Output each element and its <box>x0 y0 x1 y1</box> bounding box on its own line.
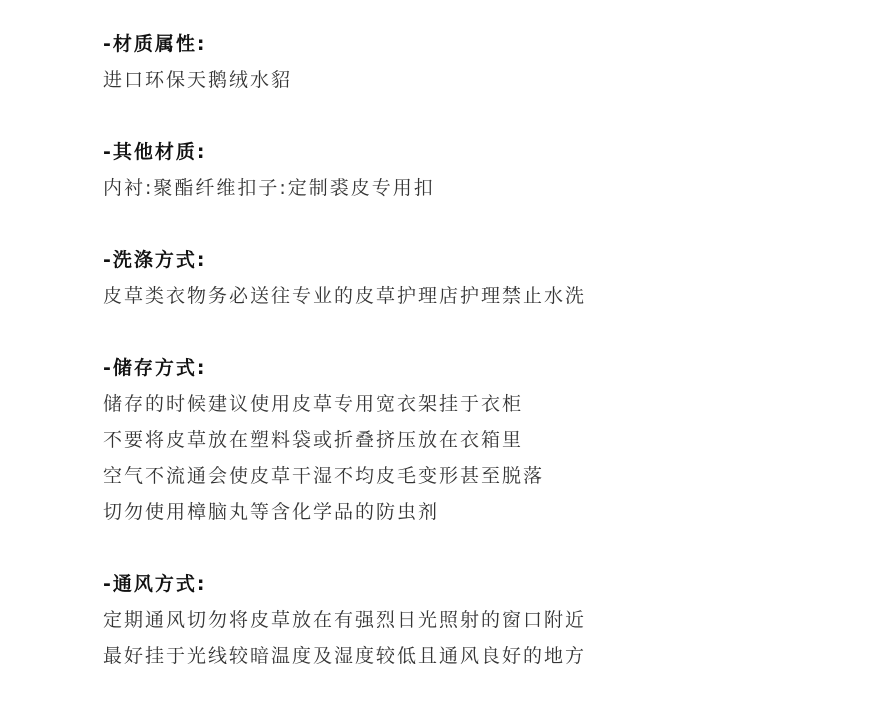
section-heading: -其他材质: <box>103 134 803 170</box>
section-text-line: 储存的时候建议使用皮草专用宽衣架挂于衣柜 <box>103 386 803 422</box>
section-text-line: 最好挂于光线较暗温度及湿度较低且通风良好的地方 <box>103 638 803 674</box>
section-text-line: 进口环保天鹅绒水貂 <box>103 62 803 98</box>
section-other-materials: -其他材质: 内衬:聚酯纤维扣子:定制裘皮专用扣 <box>103 134 803 206</box>
product-care-info: -材质属性: 进口环保天鹅绒水貂 -其他材质: 内衬:聚酯纤维扣子:定制裘皮专用… <box>103 26 803 710</box>
section-text-line: 切勿使用樟脑丸等含化学品的防虫剂 <box>103 494 803 530</box>
section-text-line: 不要将皮草放在塑料袋或折叠挤压放在衣箱里 <box>103 422 803 458</box>
section-text-line: 内衬:聚酯纤维扣子:定制裘皮专用扣 <box>103 170 803 206</box>
section-washing: -洗涤方式: 皮草类衣物务必送往专业的皮草护理店护理禁止水洗 <box>103 242 803 314</box>
section-heading: -储存方式: <box>103 350 803 386</box>
section-heading: -材质属性: <box>103 26 803 62</box>
section-text-line: 皮草类衣物务必送往专业的皮草护理店护理禁止水洗 <box>103 278 803 314</box>
section-storage: -储存方式: 储存的时候建议使用皮草专用宽衣架挂于衣柜 不要将皮草放在塑料袋或折… <box>103 350 803 530</box>
section-text-line: 定期通风切勿将皮草放在有强烈日光照射的窗口附近 <box>103 602 803 638</box>
section-heading: -洗涤方式: <box>103 242 803 278</box>
section-heading: -通风方式: <box>103 566 803 602</box>
section-text-line: 空气不流通会使皮草干湿不均皮毛变形甚至脱落 <box>103 458 803 494</box>
section-material: -材质属性: 进口环保天鹅绒水貂 <box>103 26 803 98</box>
section-ventilation: -通风方式: 定期通风切勿将皮草放在有强烈日光照射的窗口附近 最好挂于光线较暗温… <box>103 566 803 674</box>
